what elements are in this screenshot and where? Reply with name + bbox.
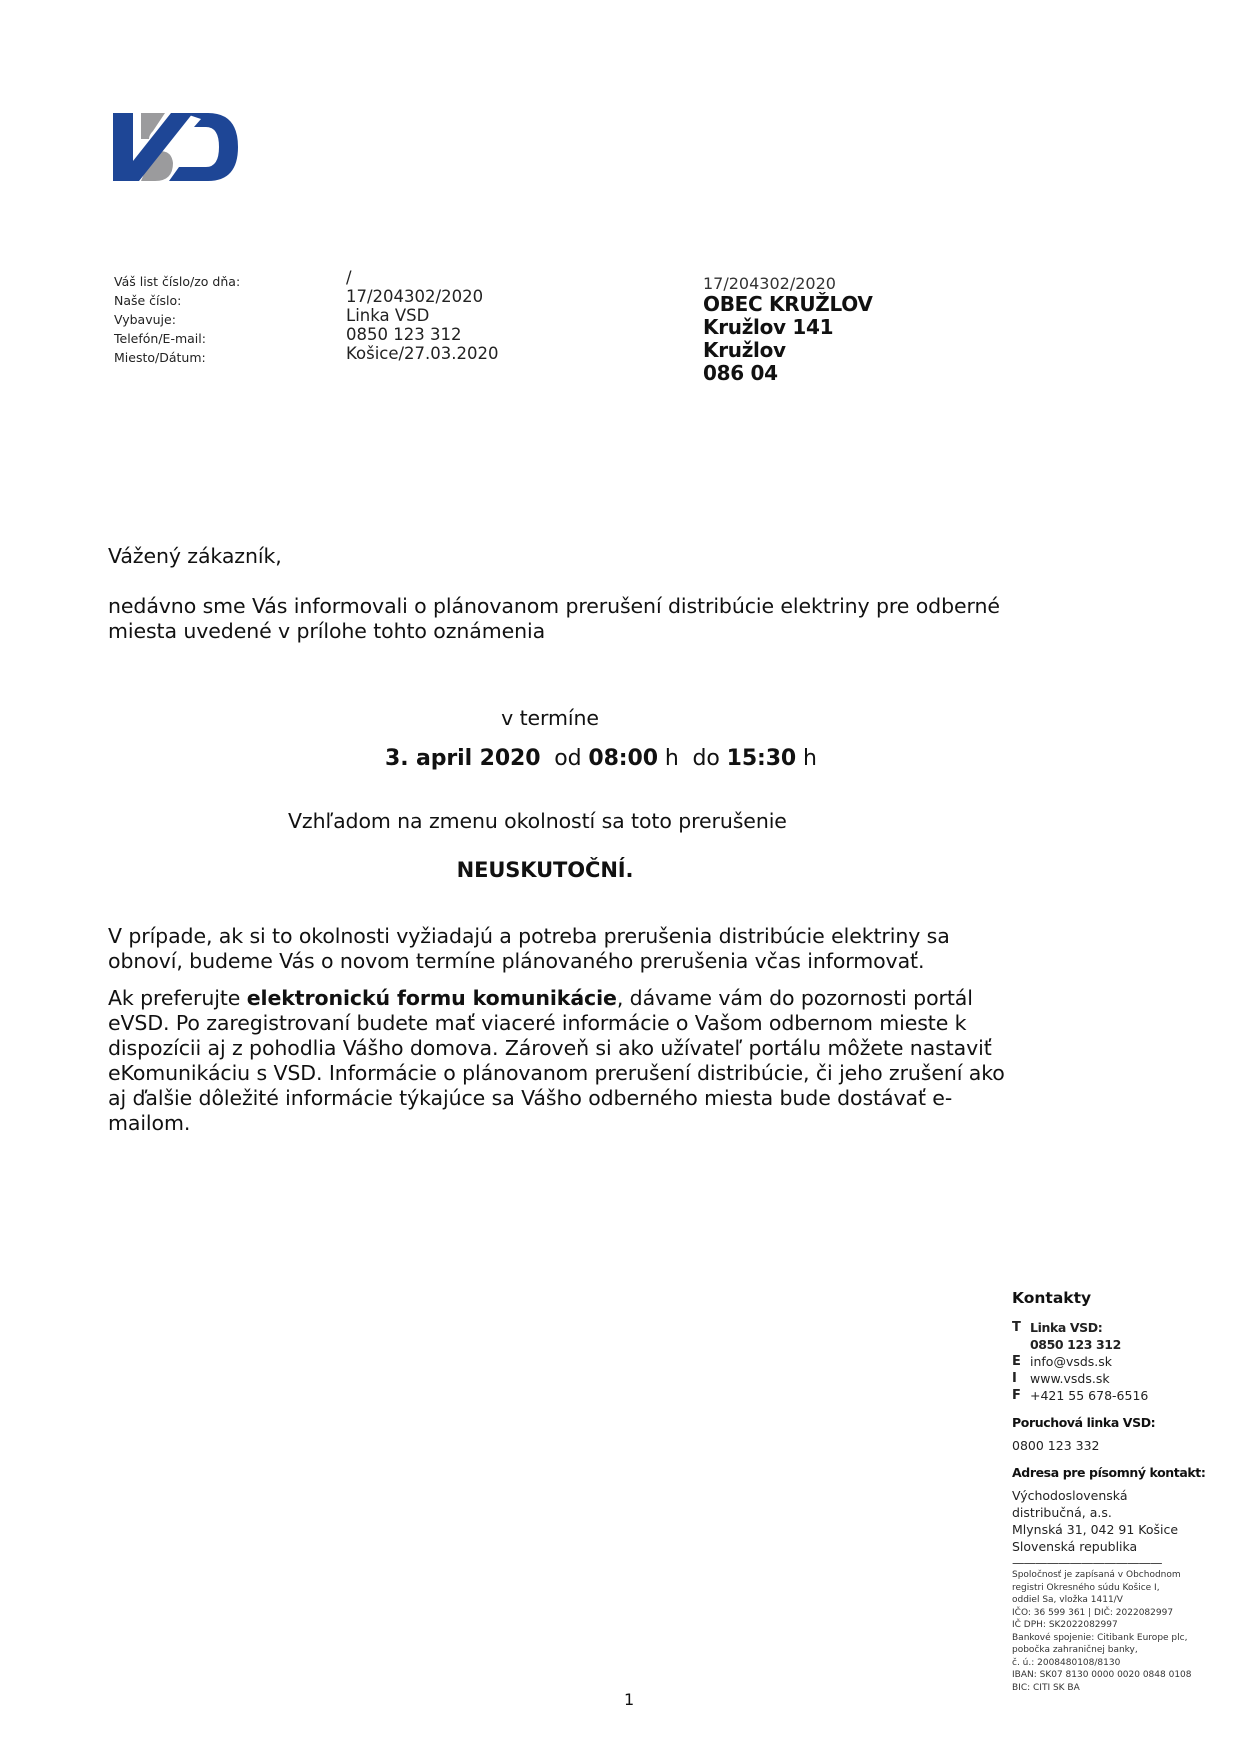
contacts-title: Kontakty — [1012, 1290, 1212, 1307]
change-notice: Vzhľadom na zmenu okolností sa toto prer… — [288, 809, 787, 834]
fax-key: F — [1012, 1387, 1030, 1404]
p3-pre: Ak preferujte — [108, 986, 247, 1010]
term-from-label: od — [554, 746, 581, 771]
meta-value: 0850 123 312 — [346, 325, 499, 344]
fine-line: IČO: 36 599 361 | DIČ: 2022082997 — [1012, 1607, 1212, 1620]
address-line: Východoslovenská — [1012, 1487, 1212, 1504]
recipient-name: OBEC KRUŽLOV — [703, 293, 873, 316]
address-line: distribučná, a.s. — [1012, 1504, 1212, 1521]
email-key: E — [1012, 1353, 1030, 1370]
fault-line-label: Poruchová linka VSD: — [1012, 1414, 1212, 1431]
recipient-zip: 086 04 — [703, 362, 873, 385]
term-date: 3. april 2020 — [385, 746, 540, 771]
contact-web: I www.vsds.sk — [1012, 1370, 1212, 1387]
meta-value: Košice/27.03.2020 — [346, 344, 499, 363]
term-label: v termíne — [0, 706, 1100, 731]
address-block: Východoslovenská distribučná, a.s. Mlyns… — [1012, 1487, 1212, 1555]
meta-label: Naše číslo: — [114, 291, 240, 310]
term-from: 08:00 — [588, 746, 658, 771]
address-label: Adresa pre písomný kontakt: — [1012, 1464, 1212, 1481]
page-number: 1 — [624, 1690, 634, 1709]
fine-line: IČ DPH: SK2022082997 — [1012, 1619, 1212, 1632]
contact-fax: F +421 55 678-6516 — [1012, 1387, 1212, 1404]
fault-line-value[interactable]: 0800 123 332 — [1012, 1437, 1212, 1454]
company-registration: Spoločnosť je zapísaná v Obchodnom regis… — [1012, 1569, 1212, 1694]
fine-line: pobočka zahraničnej banky, — [1012, 1644, 1212, 1657]
term-h2: h — [803, 746, 817, 771]
fine-line: IBAN: SK07 8130 0000 0020 0848 0108 — [1012, 1669, 1212, 1682]
phone-value[interactable]: 0850 123 312 — [1012, 1336, 1212, 1353]
meta-label: Váš list číslo/zo dňa: — [114, 272, 240, 291]
meta-label: Vybavuje: — [114, 310, 240, 329]
fine-line: registri Okresného súdu Košice I, — [1012, 1582, 1212, 1595]
recipient-city: Kružlov — [703, 339, 873, 362]
recipient-address: 17/204302/2020 OBEC KRUŽLOV Kružlov 141 … — [703, 274, 873, 385]
paragraph-intro: nedávno sme Vás informovali o plánovanom… — [108, 594, 1008, 644]
meta-value: Linka VSD — [346, 306, 499, 325]
phone-key: T — [1012, 1319, 1030, 1336]
fine-line: oddiel Sa, vložka 1411/V — [1012, 1594, 1212, 1607]
meta-value: / — [346, 268, 499, 287]
address-line: Mlynská 31, 042 91 Košice — [1012, 1521, 1212, 1538]
phone-label: Linka VSD: — [1030, 1319, 1102, 1336]
fine-line: Bankové spojenie: Citibank Europe plc, — [1012, 1632, 1212, 1645]
fax-value: +421 55 678-6516 — [1030, 1387, 1148, 1404]
recipient-ref: 17/204302/2020 — [703, 274, 873, 293]
fine-line: č. ú.: 2008480108/8130 — [1012, 1657, 1212, 1670]
contacts-panel: Kontakty T Linka VSD: 0850 123 312 E inf… — [1012, 1290, 1212, 1694]
meta-label: Miesto/Dátum: — [114, 348, 240, 367]
divider: ————————————— — [1012, 1557, 1212, 1569]
paragraph-evsd: Ak preferujte elektronickú formu komunik… — [108, 986, 1008, 1136]
cancel-notice: NEUSKUTOČNÍ. — [0, 858, 1090, 883]
meta-values: / 17/204302/2020 Linka VSD 0850 123 312 … — [346, 268, 499, 363]
fine-line: BIC: CITI SK BA — [1012, 1682, 1212, 1695]
meta-value: 17/204302/2020 — [346, 287, 499, 306]
term-to: 15:30 — [727, 746, 797, 771]
fine-line: Spoločnosť je zapísaná v Obchodnom — [1012, 1569, 1212, 1582]
term-to-label: do — [692, 746, 719, 771]
address-line: Slovenská republika — [1012, 1538, 1212, 1555]
paragraph-renewal: V prípade, ak si to okolnosti vyžiadajú … — [108, 924, 1008, 974]
meta-label: Telefón/E-mail: — [114, 329, 240, 348]
vsd-logo — [113, 113, 238, 181]
contact-email: E info@vsds.sk — [1012, 1353, 1212, 1370]
term-line: 3. april 2020 od 08:00 h do 15:30 h — [385, 746, 817, 771]
contact-phone: T Linka VSD: — [1012, 1319, 1212, 1336]
web-value[interactable]: www.vsds.sk — [1030, 1370, 1110, 1387]
meta-labels: Váš list číslo/zo dňa: Naše číslo: Vybav… — [114, 272, 240, 367]
term-h1: h — [665, 746, 679, 771]
greeting: Vážený zákazník, — [108, 544, 282, 569]
p3-bold: elektronickú formu komunikácie — [247, 986, 617, 1010]
recipient-street: Kružlov 141 — [703, 316, 873, 339]
web-key: I — [1012, 1370, 1030, 1387]
email-value[interactable]: info@vsds.sk — [1030, 1353, 1112, 1370]
